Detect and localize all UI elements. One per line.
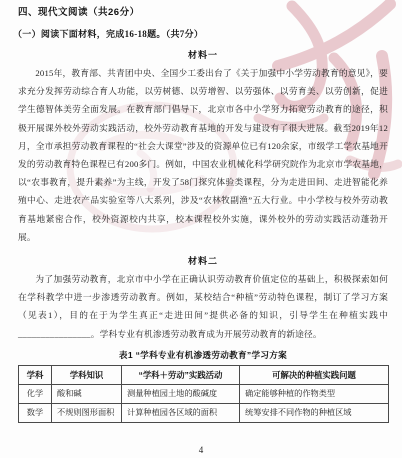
learning-plan-table: 学科 学科知识 “学科＋劳动”实践活动 可解决的种植实践问题 化学 酸和碱 测量… (18, 365, 389, 423)
cell-activity: 测量种植园土地的酸碱度 (122, 384, 240, 403)
table-header-row: 学科 学科知识 “学科＋劳动”实践活动 可解决的种植实践问题 (19, 365, 389, 384)
cell-knowledge: 不规则图形面积 (52, 403, 122, 422)
cell-problem: 统筹安排不同作物的种植区域 (240, 403, 389, 422)
table-caption: 表1 “学科专业有机渗透劳动教育”学习方案 (18, 349, 388, 361)
section-title: 四、现代文阅读（共26分） (18, 6, 388, 19)
page-content: 四、现代文阅读（共26分） （一）阅读下面材料，完成16-18题。（共7分） 材… (0, 0, 402, 423)
cell-activity: 计算种植园各区域的面积 (122, 403, 240, 422)
material1-paragraph: 2015年，教育部、共青团中央、全国少工委出台了《关于加强中小学劳动教育的意见》… (18, 64, 388, 246)
table-row-chemistry: 化学 酸和碱 测量种植园土地的酸碱度 确定能够种植的作物类型 (19, 384, 389, 403)
page-number: 4 (0, 445, 402, 455)
material2-paragraph: 为了加强劳动教育，北京市中小学在正确认识劳动教育价值定位的基础上，积极探索如何在… (18, 270, 388, 343)
header-activity: “学科＋劳动”实践活动 (122, 365, 240, 384)
cell-subject: 化学 (19, 384, 52, 403)
header-subject: 学科 (19, 365, 52, 384)
header-knowledge: 学科知识 (52, 365, 122, 384)
material2-heading: 材料二 (18, 254, 388, 267)
cell-knowledge: 酸和碱 (52, 384, 122, 403)
document-page: 四、现代文阅读（共26分） （一）阅读下面材料，完成16-18题。（共7分） 材… (0, 0, 402, 458)
material1-heading: 材料一 (18, 48, 388, 61)
table-row-math: 数学 不规则图形面积 计算种植园各区域的面积 统筹安排不同作物的种植区域 (19, 403, 389, 422)
subsection-instruction: （一）阅读下面材料，完成16-18题。（共7分） (13, 27, 388, 40)
cell-problem: 确定能够种植的作物类型 (240, 384, 389, 403)
header-problem: 可解决的种植实践问题 (240, 365, 389, 384)
cell-subject: 数学 (19, 403, 52, 422)
